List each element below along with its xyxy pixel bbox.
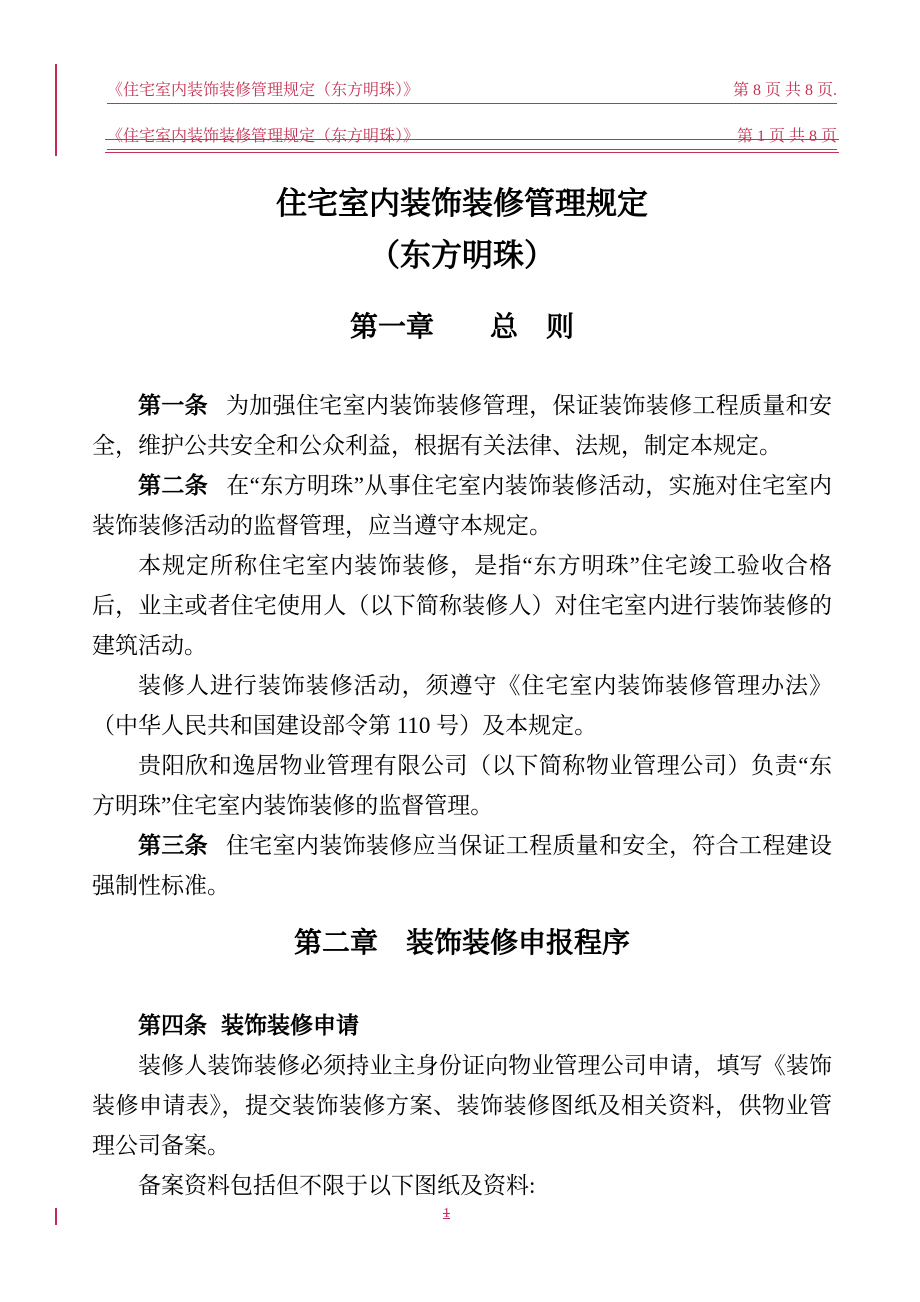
paragraph: 装修人装饰装修必须持业主身份证向物业管理公司申请，填写《装饰装修申请表》，提交装… (92, 1046, 832, 1166)
document-body: 住宅室内装饰装修管理规定 （东方明珠） 第一章 总 则 第一条为加强住宅室内装饰… (92, 178, 832, 1206)
paragraph-text: 本规定所称住宅室内装饰装修，是指“东方明珠”住宅竣工验收合格后，业主或者住宅使用… (92, 553, 832, 658)
header-page-number: 第 8 页 共 8 页. (733, 80, 837, 102)
article-number: 第二条 (138, 473, 208, 498)
article-number: 第一条 (138, 393, 208, 418)
header-page-number-deleted: 第 1 页 共 8 页 (737, 126, 837, 148)
paragraph: 贵阳欣和逸居物业管理有限公司（以下简称物业管理公司）负责“东方明珠”住宅室内装饰… (92, 746, 832, 826)
paragraph: 第二条在“东方明珠”从事住宅室内装饰装修活动，实施对住宅室内装饰装修活动的监督管… (92, 466, 832, 546)
article-title: 装饰装修申请 (221, 1013, 359, 1038)
chapter-2-body: 装修人装饰装修必须持业主身份证向物业管理公司申请，填写《装饰装修申请表》，提交装… (92, 1046, 832, 1206)
header-doc-title-deleted: 《住宅室内装饰装修管理规定（东方明珠）》 (107, 126, 419, 148)
header-line-2-deleted: 《住宅室内装饰装修管理规定（东方明珠）》 第 1 页 共 8 页 (107, 126, 837, 150)
document-title-line2: （东方明珠） (369, 238, 555, 273)
document-title-line1: 住宅室内装饰装修管理规定 (276, 186, 648, 221)
article-number: 第三条 (138, 833, 208, 858)
paragraph-text: 装修人进行装饰装修活动，须遵守《住宅室内装饰装修管理办法》（中华人民共和国建设部… (92, 673, 832, 738)
chapter-2-heading: 第二章 装饰装修申报程序 (92, 924, 832, 964)
paragraph: 备案资料包括但不限于以下图纸及资料: (92, 1166, 832, 1206)
page-header: 《住宅室内装饰装修管理规定（东方明珠）》 第 8 页 共 8 页. 《住宅室内装… (107, 80, 837, 150)
deleted-page-number: 1 (443, 1206, 450, 1221)
document-page: 《住宅室内装饰装修管理规定（东方明珠）》 第 8 页 共 8 页. 《住宅室内装… (0, 0, 920, 1302)
paragraph: 第三条住宅室内装饰装修应当保证工程质量和安全，符合工程建设强制性标准。 (92, 826, 832, 906)
header-line-1: 《住宅室内装饰装修管理规定（东方明珠）》 第 8 页 共 8 页. (107, 80, 837, 104)
paragraph-text: 贵阳欣和逸居物业管理有限公司（以下简称物业管理公司）负责“东方明珠”住宅室内装饰… (92, 753, 832, 818)
paragraph-text: 备案资料包括但不限于以下图纸及资料: (138, 1173, 535, 1198)
article-number: 第四条 (138, 1013, 207, 1038)
article-4-heading: 第四条装饰装修申请 (92, 1006, 832, 1046)
paragraph-text: 装修人装饰装修必须持业主身份证向物业管理公司申请，填写《装饰装修申请表》，提交装… (92, 1053, 832, 1158)
chapter-1-body: 第一条为加强住宅室内装饰装修管理，保证装饰装修工程质量和安全，维护公共安全和公众… (92, 386, 832, 906)
header-doc-title: 《住宅室内装饰装修管理规定（东方明珠）》 (107, 80, 419, 102)
document-title: 住宅室内装饰装修管理规定 （东方明珠） (92, 178, 832, 282)
tracked-change-bar-bottom (55, 1208, 57, 1225)
paragraph: 第一条为加强住宅室内装饰装修管理，保证装饰装修工程质量和安全，维护公共安全和公众… (92, 386, 832, 466)
paragraph: 装修人进行装饰装修活动，须遵守《住宅室内装饰装修管理办法》（中华人民共和国建设部… (92, 666, 832, 746)
paragraph: 本规定所称住宅室内装饰装修，是指“东方明珠”住宅竣工验收合格后，业主或者住宅使用… (92, 546, 832, 666)
chapter-1-heading: 第一章 总 则 (92, 308, 832, 348)
page-footer: 1 (443, 1206, 450, 1222)
tracked-change-bar-top (55, 64, 57, 156)
